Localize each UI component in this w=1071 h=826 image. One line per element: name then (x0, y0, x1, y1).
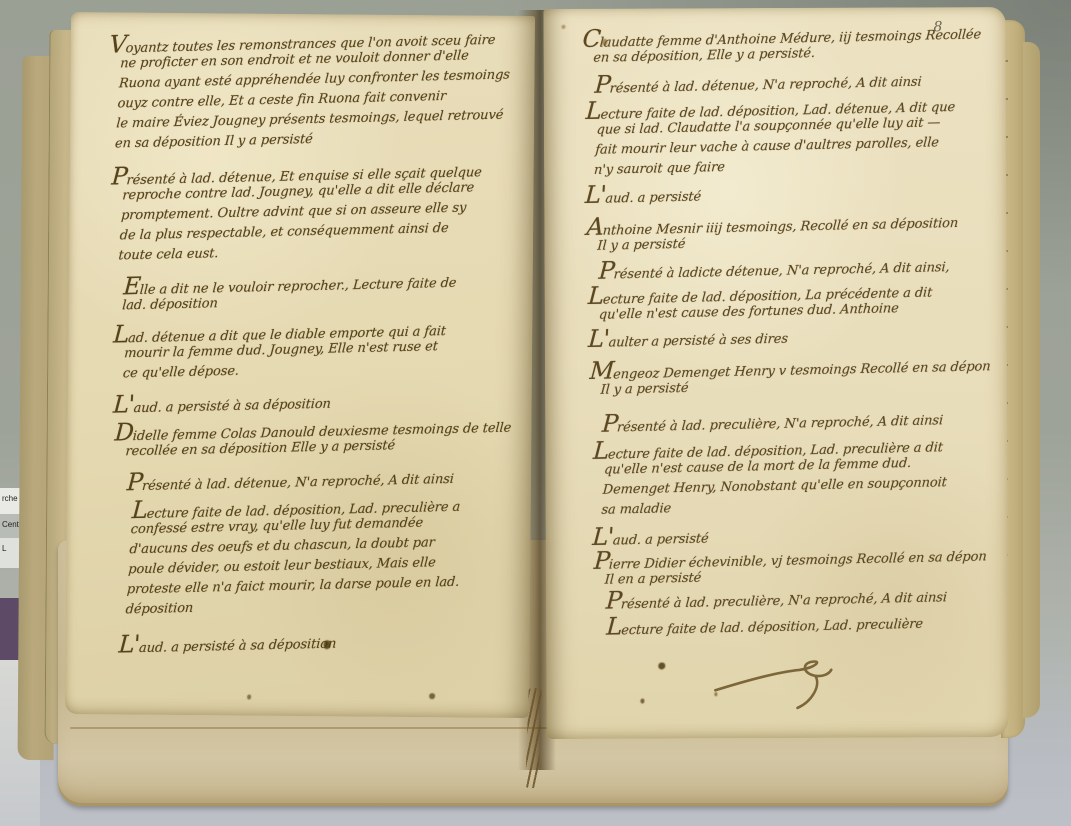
paragraph: Didelle femme Colas Danould deuxiesme te… (125, 413, 533, 462)
paragraph: Lecture faite de lad. déposition, Lad. p… (601, 432, 1008, 521)
paragraph: Présenté à lad. détenue, Et enquise si e… (118, 157, 530, 266)
manuscript-line: Présenté à lad. détenue, N'a reproché, A… (126, 463, 533, 492)
ink-stain (429, 693, 435, 699)
right-page-text: Claudatte femme d'Anthoine Médure, iij t… (593, 20, 1008, 637)
paragraph: L'aud. a persisté (596, 176, 999, 205)
manuscript-line: Présenté à lad. preculière, N'a reproché… (601, 405, 1004, 434)
ink-stain (714, 692, 717, 696)
ink-stain (640, 699, 644, 704)
right-fore-edge (1023, 42, 1040, 718)
paragraph: Claudatte femme d'Anthoine Médure, iij t… (593, 20, 998, 69)
paragraph: Anthoine Mesnir iiij tesmoings, Recollé … (597, 208, 1002, 257)
paragraph: Voyantz toutes les remonstrances que l'o… (114, 25, 528, 154)
left-page: Voyantz toutes les remonstrances que l'o… (65, 12, 535, 718)
manuscript-line: L'aud. a persisté (584, 176, 999, 205)
paragraph: Présenté à ladicte détenue, N'a reproché… (598, 252, 1001, 281)
ink-stain (247, 695, 251, 700)
paragraph: L'aud. a persisté à sa déposition (125, 385, 532, 414)
paragraph: Présenté à lad. preculière, N'a reproché… (601, 405, 1004, 434)
paragraph: Présenté à lad. détenue, N'a reproché, A… (594, 66, 997, 95)
paragraph: Mengeoz Demenget Henry v tesmoings Recol… (600, 352, 1005, 401)
manuscript-line: Présenté à ladicte détenue, N'a reproché… (598, 252, 1001, 281)
left-page-text: Voyantz toutes les remonstrances que l'o… (117, 25, 537, 654)
paragraph: Lad. détenue a dit que le diable emporte… (122, 315, 532, 384)
paragraph: Lecture faite de lad. déposition, La pré… (598, 277, 1003, 326)
paragraph: Elle a dit ne le vouloir reprocher., Lec… (122, 267, 530, 316)
ink-stain (561, 25, 565, 29)
ink-flourish (711, 656, 851, 715)
paragraph: Lecture faite de lad. déposition, Lad. d… (593, 92, 1000, 181)
paragraph: Lecture faite de lad. déposition, Lad. p… (606, 608, 1009, 637)
paragraph: L'aud. a persisté à sa déposition (130, 625, 537, 654)
manuscript-line: Lecture faite de lad. déposition, Lad. p… (606, 608, 1009, 637)
right-page: 8 Claudatte femme d'Anthoine Médure, iij… (543, 7, 1008, 739)
manuscript-line: Présenté à lad. détenue, N'a reproché, A… (594, 66, 997, 95)
photo-of-open-manuscript: { "page": { "number": "8" }, "side_card"… (0, 0, 1071, 826)
ink-stain (658, 662, 665, 669)
manuscript-line: L'aud. a persisté à sa déposition (113, 385, 532, 415)
paragraph: Lecture faite de lad. déposition, Lad. p… (125, 491, 539, 620)
paragraph: Présenté à lad. détenue, N'a reproché, A… (126, 463, 533, 492)
